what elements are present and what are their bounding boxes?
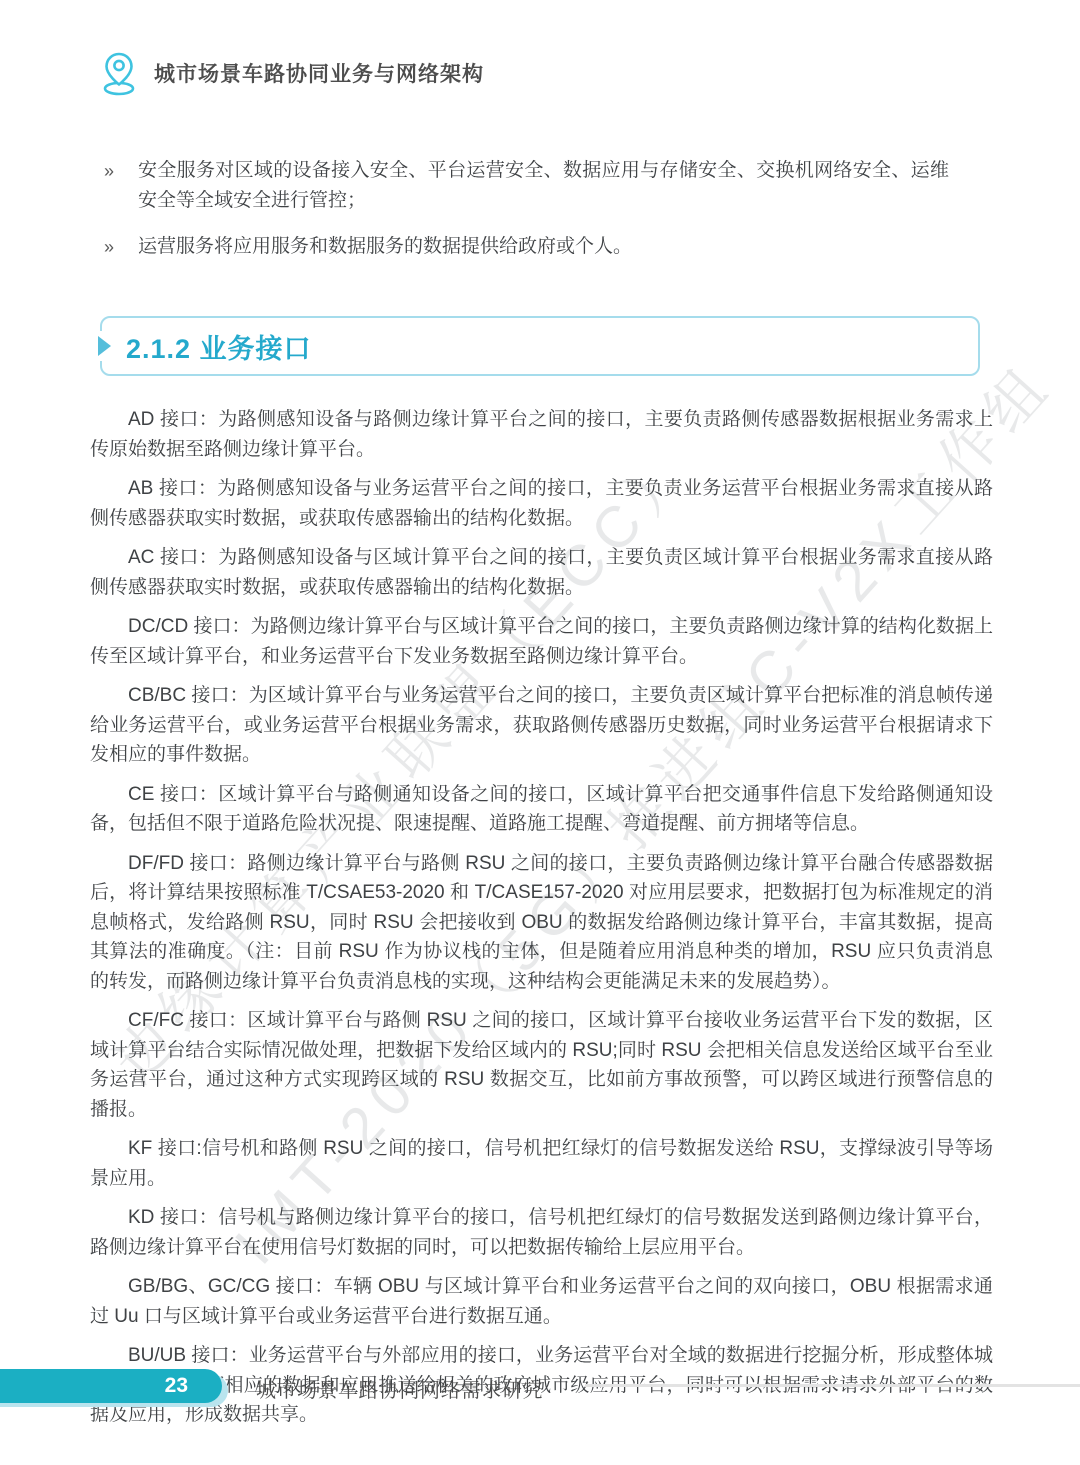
page-number-badge: 23 [0, 1369, 222, 1403]
document-page: IMT-2020（5G）推进组C-V2X工作组 边缘计算产业联盟（ECC） 城市… [0, 0, 1080, 1465]
bullet-text: 安全服务对区域的设备接入安全、平台运营安全、数据应用与存储安全、交换机网络安全、… [138, 156, 949, 216]
page-header: 城市场景车路协同业务与网络架构 [98, 50, 484, 96]
list-item: » 运营服务将应用服务和数据服务的数据提供给政府或个人。 [104, 232, 949, 262]
paragraph: KD 接口：信号机与路侧边缘计算平台的接口，信号机把红绿灯的信号数据发送到路侧边… [90, 1203, 993, 1262]
paragraph: DF/FD 接口：路侧边缘计算平台与路侧 RSU 之间的接口，主要负责路侧边缘计… [90, 849, 993, 997]
paragraph: CE 接口：区域计算平台与路侧通知设备之间的接口，区域计算平台把交通事件信息下发… [90, 780, 993, 839]
paragraph: AC 接口：为路侧感知设备与区域计算平台之间的接口，主要负责区域计算平台根据业务… [90, 543, 993, 602]
paragraph: GB/BG、GC/CG 接口：车辆 OBU 与区域计算平台和业务运营平台之间的双… [90, 1272, 993, 1331]
bullet-list: » 安全服务对区域的设备接入安全、平台运营安全、数据应用与存储安全、交换机网络安… [104, 156, 949, 278]
paragraph: AD 接口：为路侧感知设备与路侧边缘计算平台之间的接口，主要负责路侧传感器数据根… [90, 405, 993, 464]
location-pin-icon [98, 50, 140, 96]
paragraph: CB/BC 接口：为区域计算平台与业务运营平台之间的接口，主要负责区域计算平台把… [90, 681, 993, 770]
paragraph: DC/CD 接口：为路侧边缘计算平台与区域计算平台之间的接口，主要负责路侧边缘计… [90, 612, 993, 671]
bullet-marker: » [104, 156, 122, 216]
footer-divider [585, 1384, 1080, 1387]
bullet-marker: » [104, 232, 122, 262]
page-header-title: 城市场景车路协同业务与网络架构 [154, 58, 484, 88]
paragraph: AB 接口：为路侧感知设备与业务运营平台之间的接口，主要负责业务运营平台根据业务… [90, 474, 993, 533]
body-content: AD 接口：为路侧感知设备与路侧边缘计算平台之间的接口，主要负责路侧传感器数据根… [90, 405, 993, 1440]
bullet-text: 运营服务将应用服务和数据服务的数据提供给政府或个人。 [138, 232, 949, 262]
section-heading: 2.1.2 业务接口 [126, 327, 312, 366]
footer-title: 城市场景车路协同网络需求研究 [256, 1374, 543, 1403]
page-number: 23 [165, 1374, 188, 1398]
list-item: » 安全服务对区域的设备接入安全、平台运营安全、数据应用与存储安全、交换机网络安… [104, 156, 949, 216]
paragraph: KF 接口:信号机和路侧 RSU 之间的接口，信号机把红绿灯的信号数据发送给 R… [90, 1134, 993, 1193]
triangle-marker-icon [98, 336, 111, 356]
section-heading-box: 2.1.2 业务接口 [100, 316, 980, 376]
paragraph: CF/FC 接口：区域计算平台与路侧 RSU 之间的接口，区域计算平台接收业务运… [90, 1006, 993, 1124]
